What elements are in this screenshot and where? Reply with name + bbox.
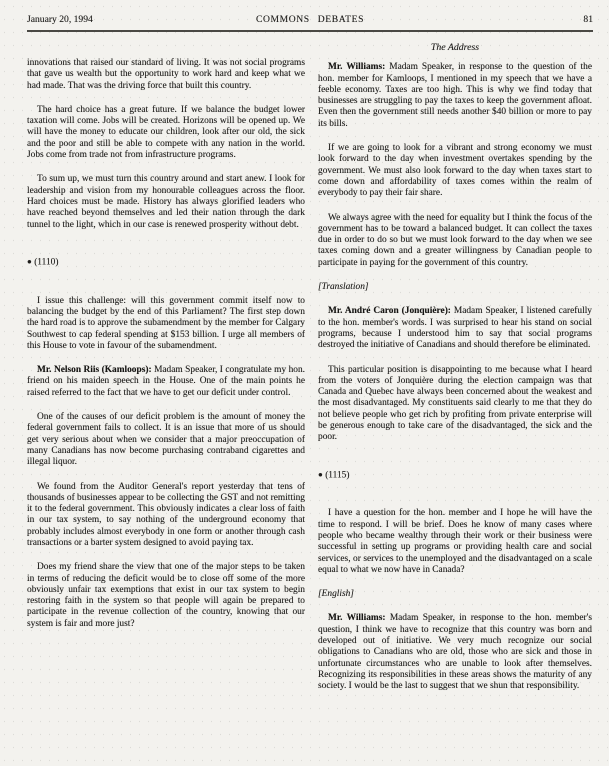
paragraph: Does my friend share the view that one o… [27,562,305,630]
timestamp-text: (1115) [325,470,349,480]
paragraph-speech: Mr. Williams: Madam Speaker, in response… [318,613,592,692]
paragraph-text: This particular position is disappointin… [318,365,592,443]
paragraph: innovations that raised our standard of … [27,58,305,92]
header-date: January 20, 1994 [27,14,193,25]
page-body: innovations that raised our standard of … [27,40,593,766]
paragraph-text: We always agree with the need for equali… [318,213,592,268]
speaker-name: Mr. André Caron (Jonquière): [328,306,451,316]
paragraph-text: We found from the Auditor General's repo… [27,482,305,548]
speaker-name: Mr. Nelson Riis (Kamloops): [37,365,152,375]
paragraph-text: innovations that raised our standard of … [27,58,305,91]
document-page: January 20, 1994 COMMONS DEBATES 81 inno… [0,0,609,766]
timestamp-text: (1110) [34,257,58,267]
paragraph-text: Madam Speaker, in response to the hon. m… [318,613,592,691]
paragraph-speech: Mr. Williams: Madam Speaker, in response… [318,62,592,130]
paragraph: The hard choice has a great future. If w… [27,105,305,161]
header-title: COMMONS DEBATES [193,14,426,25]
running-head: The Address [318,42,592,53]
language-note: [Translation] [318,282,592,293]
right-column: The Address Mr. Williams: Madam Speaker,… [318,40,592,766]
paragraph: To sum up, we must turn this country aro… [27,174,305,230]
timestamp-bullet-icon: ● [27,257,32,266]
paragraph-text: Does my friend share the view that one o… [27,562,305,628]
paragraph-text: I issue this challenge: will this govern… [27,296,305,351]
paragraph: We found from the Auditor General's repo… [27,482,305,550]
speaker-name: Mr. Williams: [328,62,385,72]
language-note: [English] [318,589,592,600]
paragraph: One of the causes of our deficit problem… [27,412,305,468]
header-rule [27,30,593,32]
page-header: January 20, 1994 COMMONS DEBATES 81 [27,14,593,25]
paragraph: This particular position is disappointin… [318,365,592,444]
paragraph-speech: Mr. Nelson Riis (Kamloops): Madam Speake… [27,365,305,399]
paragraph-text: I have a question for the hon. member an… [318,508,592,574]
left-column: innovations that raised our standard of … [27,40,305,766]
timestamp-bullet-icon: ● [318,470,323,479]
paragraph-text: The hard choice has a great future. If w… [27,105,305,160]
paragraph-text: If we are going to look for a vibrant an… [318,143,592,198]
timestamp-marker: ● (1115) [318,469,592,482]
paragraph-text: One of the causes of our deficit problem… [27,412,305,467]
speaker-name: Mr. Williams: [328,613,386,623]
paragraph: If we are going to look for a vibrant an… [318,143,592,199]
paragraph: We always agree with the need for equali… [318,213,592,269]
paragraph: I have a question for the hon. member an… [318,508,592,576]
header-page-number: 81 [427,14,593,25]
timestamp-marker: ● (1110) [27,256,305,269]
paragraph: I issue this challenge: will this govern… [27,296,305,352]
paragraph-speech: Mr. André Caron (Jonquière): Madam Speak… [318,306,592,351]
paragraph-text: To sum up, we must turn this country aro… [27,174,305,229]
